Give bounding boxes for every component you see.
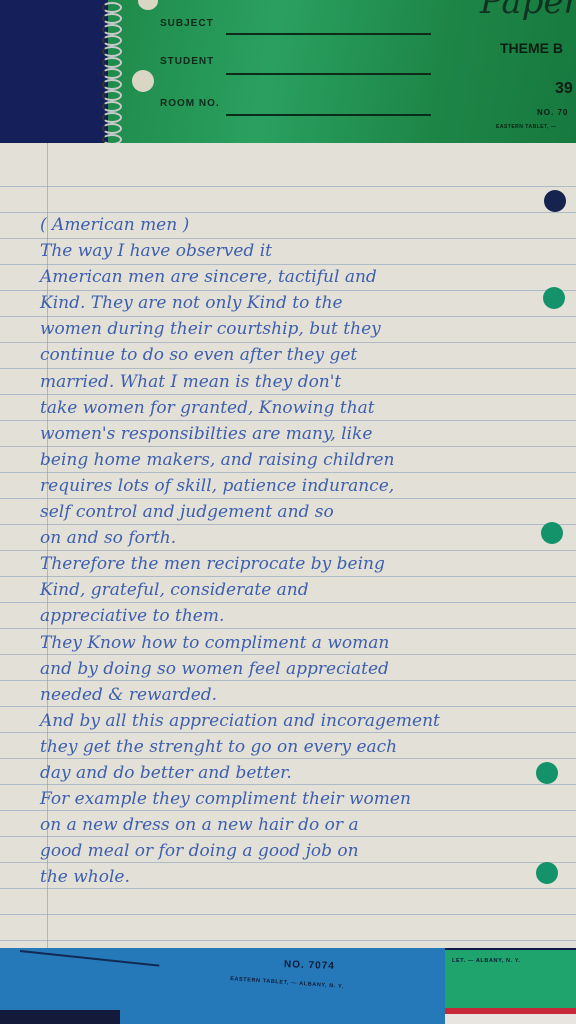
- spiral-binding: [100, 0, 122, 145]
- essay-line: women's responsibilties are many, like: [40, 421, 550, 447]
- student-label: STUDENT: [160, 56, 214, 67]
- essay-line: requires lots of skill, patience induran…: [40, 473, 550, 499]
- essay-line: And by all this appreciation and incorag…: [40, 708, 550, 734]
- binder-hole: [544, 190, 566, 212]
- subject-label: SUBJECT: [160, 18, 214, 29]
- spiral-coil: [102, 57, 122, 68]
- essay-line: self control and judgement and so: [40, 499, 550, 525]
- room-no-line: [226, 114, 431, 116]
- spiral-coil: [102, 13, 122, 24]
- essay-line: the whole.: [40, 864, 550, 890]
- subject-line: [226, 33, 431, 35]
- essay-line: women during their courtship, but they: [40, 316, 550, 342]
- sheet-count: 39: [555, 80, 573, 98]
- cover-hole: [132, 70, 154, 92]
- spiral-coil: [102, 24, 122, 35]
- essay-line: on a new dress on a new hair do or a: [40, 812, 550, 838]
- essay-line: married. What I mean is they don't: [40, 369, 550, 395]
- white-strip: [445, 1014, 576, 1024]
- spiral-coil: [102, 101, 122, 112]
- essay-line: being home makers, and raising children: [40, 447, 550, 473]
- essay-line: They Know how to compliment a woman: [40, 630, 550, 656]
- essay-line: on and so forth.: [40, 525, 550, 551]
- essay-line: day and do better and better.: [40, 760, 550, 786]
- room-no-label: ROOM NO.: [160, 98, 220, 109]
- essay-line: Kind, grateful, considerate and: [40, 577, 550, 603]
- essay-line: ( American men ): [40, 212, 550, 238]
- student-line: [226, 73, 431, 75]
- essay-line: continue to do so even after they get: [40, 342, 550, 368]
- manufacturer-label: EASTERN TABLET, —: [496, 124, 556, 130]
- essay-line: needed & rewarded.: [40, 682, 550, 708]
- spiral-coil: [102, 2, 122, 13]
- catalog-number: NO. 70: [537, 108, 568, 117]
- essay-line: and by doing so women feel appreciated: [40, 656, 550, 682]
- spiral-coil: [102, 68, 122, 79]
- spiral-coil: [102, 112, 122, 123]
- catalog-number-bottom: NO. 7074: [284, 959, 335, 972]
- essay-line: good meal or for doing a good job on: [40, 838, 550, 864]
- essay-line: take women for granted, Knowing that: [40, 395, 550, 421]
- manufacturer-label-green: LET. — ALBANY, N. Y.: [452, 958, 521, 964]
- essay-line: they get the strenght to go on every eac…: [40, 734, 550, 760]
- essay-line: Kind. They are not only Kind to the: [40, 290, 550, 316]
- handwritten-essay: ( American men ) The way I have observed…: [40, 212, 550, 890]
- essay-line: appreciative to them.: [40, 603, 550, 629]
- brand-script: Paper: [480, 0, 576, 22]
- product-title: THEME B: [500, 40, 563, 56]
- spiral-coil: [102, 35, 122, 46]
- essay-line: American men are sincere, tactiful and: [40, 264, 550, 290]
- spiral-coil: [102, 46, 122, 57]
- spiral-coil: [102, 123, 122, 134]
- essay-line: The way I have observed it: [40, 238, 550, 264]
- spiral-coil: [102, 79, 122, 90]
- essay-line: For example they compliment their women: [40, 786, 550, 812]
- essay-line: Therefore the men reciprocate by being: [40, 551, 550, 577]
- spiral-coil: [102, 90, 122, 101]
- navy-notebook-cover: [0, 0, 110, 145]
- dark-cover-corner: [0, 1010, 120, 1024]
